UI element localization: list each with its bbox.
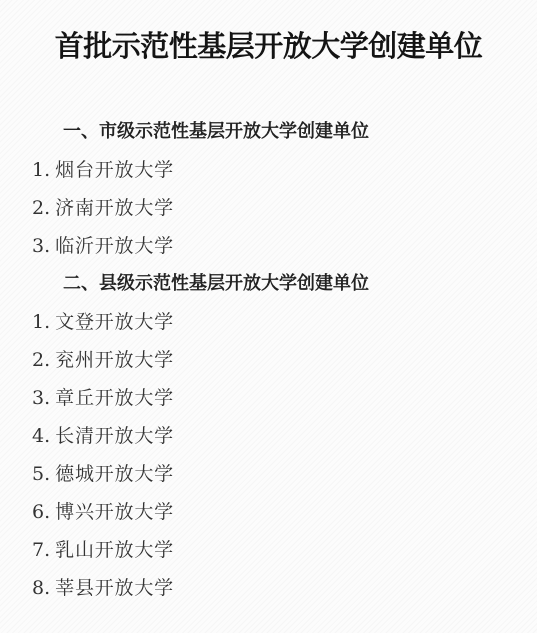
item-number: 5.: [32, 455, 50, 493]
list-item: 7.乳山开放大学: [32, 531, 517, 569]
list-item: 6.博兴开放大学: [32, 493, 517, 531]
list-item: 3.章丘开放大学: [32, 379, 517, 417]
item-name: 莘县开放大学: [55, 577, 174, 599]
item-number: 8.: [32, 569, 50, 607]
item-number: 6.: [32, 493, 50, 531]
item-name: 烟台开放大学: [55, 159, 174, 181]
item-name: 德城开放大学: [55, 463, 174, 485]
list-item: 8.莘县开放大学: [32, 569, 517, 607]
item-name: 章丘开放大学: [55, 387, 174, 409]
list-item: 3.临沂开放大学: [32, 227, 517, 265]
item-number: 1.: [32, 151, 50, 189]
item-number: 2.: [32, 189, 50, 227]
document-title: 首批示范性基层开放大学创建单位: [0, 27, 537, 65]
item-number: 1.: [32, 303, 50, 341]
section-heading-county: 二、县级示范性基层开放大学创建单位: [32, 265, 517, 303]
item-name: 文登开放大学: [55, 311, 174, 333]
list-item: 1.烟台开放大学: [32, 151, 517, 189]
section-heading-municipal: 一、市级示范性基层开放大学创建单位: [32, 113, 517, 151]
item-name: 济南开放大学: [55, 197, 174, 219]
item-name: 兖州开放大学: [55, 349, 174, 371]
item-name: 乳山开放大学: [55, 539, 174, 561]
list-item: 1.文登开放大学: [32, 303, 517, 341]
item-number: 7.: [32, 531, 50, 569]
item-name: 临沂开放大学: [55, 235, 174, 257]
list-item: 2.济南开放大学: [32, 189, 517, 227]
list-item: 2.兖州开放大学: [32, 341, 517, 379]
document-body: 一、市级示范性基层开放大学创建单位 1.烟台开放大学 2.济南开放大学 3.临沂…: [32, 113, 517, 607]
list-item: 5.德城开放大学: [32, 455, 517, 493]
item-number: 4.: [32, 417, 50, 455]
item-number: 3.: [32, 227, 50, 265]
document-page: 首批示范性基层开放大学创建单位 一、市级示范性基层开放大学创建单位 1.烟台开放…: [0, 0, 537, 633]
item-number: 2.: [32, 341, 50, 379]
item-name: 博兴开放大学: [55, 501, 174, 523]
item-name: 长清开放大学: [55, 425, 174, 447]
list-item: 4.长清开放大学: [32, 417, 517, 455]
item-number: 3.: [32, 379, 50, 417]
